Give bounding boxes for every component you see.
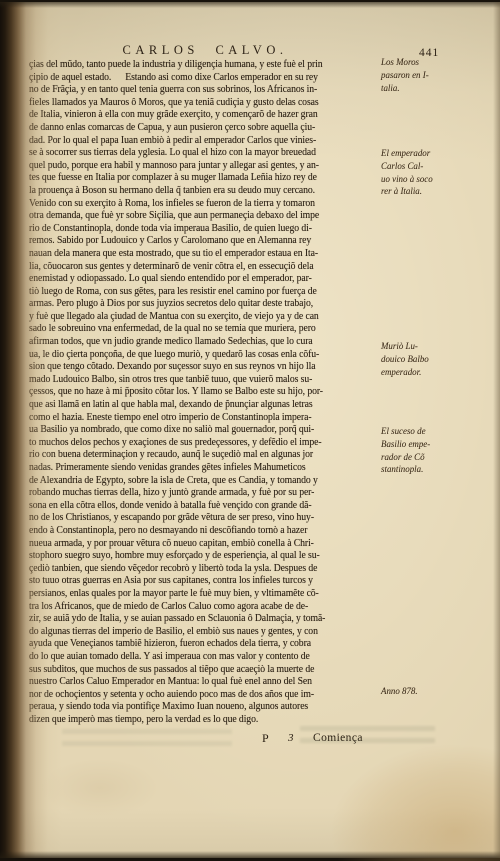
text-line: persianos, enlas quales por la mayor par… [29,587,380,600]
text-line: tra los Africanos, que de miedo de Carlo… [29,600,380,613]
text-line: como el hazia. Eneste tiempo enel otro i… [29,411,380,424]
text-line: quel pudo, porque era habil y mannoso pa… [29,159,380,172]
text-line: lia, cõuocaron sus gentes y determinarõ … [29,260,380,273]
text-line: rio de Constantinopla, donde toda via im… [29,222,380,235]
text-line: çipio de aquel estado. Estando asi como … [29,71,380,84]
text-line: otra demanda, que fuè yr sobre Siçilia, … [29,209,380,222]
text-line: no de Frãçia, y en tanto quel tenia guer… [29,83,380,96]
text-line: dizen que imperò mas tiempo, pero la ver… [29,713,380,726]
text-line: nor de ochoçientos y setenta y ocho auie… [29,688,380,701]
text-line: y fuè que llegado ala çiudad de Mantua c… [29,310,380,323]
text-line: no de los Christianos, y escapando por g… [29,511,380,524]
text-line: nueua armada, y por prouar vẽtura cõ nue… [29,537,380,550]
text-line: sus subditos, que muchos de sus passados… [29,663,380,676]
text-line: enemistad y odiopassado. Lo qual siendo … [29,272,380,285]
text-line: mado Ludouico Balbo, sin otros tres que … [29,373,380,386]
text-line: çediò tanbien, que siendo vẽçedor recobr… [29,562,380,575]
margin-note-anno: Anno 878. [381,686,481,699]
margin-note-murio-ludovico: Muriò Lu- douico Balbo emperador. [381,341,481,379]
main-text-block: çias del mũdo, tanto puede la industria … [29,58,380,730]
margin-note-basilio: El suceso de Basilio empe- rador de Cõ s… [381,426,481,477]
text-line: to muchos delos pechos y exaçiones de su… [29,436,380,449]
text-line: çessos, que no haze à mi p̃posito cõtar … [29,385,380,398]
text-line: la prouença à Boson su hermano della q̃ … [29,184,380,197]
text-line: endo à Constantinopla, pero no desmayand… [29,524,380,537]
margin-note-emperador: El emperador Carlos Cal- uo vino à soco … [381,148,481,199]
text-line: nauan dela manera que esta mostrado, que… [29,247,380,260]
text-line: sado le sobreuino vna enfermedad, de la … [29,322,380,335]
text-line: tes que fuesse en Italia por complazer à… [29,171,380,184]
text-line: sto tuuo otras guerras en Asia por sus c… [29,574,380,587]
text-line: de danno enlas comarcas de Capua, y aun … [29,121,380,134]
margin-note-moros: Los Moros pasaron en I- talia. [381,57,481,95]
text-line: remos. Sabido por Ludouico y Carlos y Ca… [29,234,380,247]
text-line: de Italia, vinieron à ella con muy grãde… [29,108,380,121]
text-line: que asi llamã en latin al que habla mal,… [29,398,380,411]
text-line: rio con buena determinaçion y recaudo, a… [29,448,380,461]
text-line: peraua, y siendo toda via pontifiçe Maxi… [29,700,380,713]
text-line: dad. Por lo qual el papa Iuan embiò à pe… [29,134,380,147]
text-line: zir, se auiã ydo de Italia, y se auian p… [29,612,380,625]
paper-stain [322,738,500,861]
text-line: tiò luego de Roma, con sus gẽtes, para l… [29,285,380,298]
signature-number: 3 [288,732,294,744]
text-line: ua Basilio ya nombrado, que como dixe no… [29,423,380,436]
page-edge-bottom [0,851,500,858]
text-line: çias del mũdo, tanto puede la industria … [29,58,380,71]
text-line: stophoro suegro suyo, hombre muy esforça… [29,549,380,562]
text-line: de Alexandria de Egypto, sobre la isla d… [29,474,380,487]
text-line: do algunas tierras del imperio de Basili… [29,625,380,638]
signature-mark: P [262,731,269,746]
binding-gutter-shadow [0,2,62,858]
text-line: armas. Pero plugo à Dios por sus juyzios… [29,297,380,310]
text-line: ua, le dio çierta ponçoña, de que luego … [29,348,380,361]
text-line: do lo que auian tomado della. Y asi impe… [29,650,380,663]
book-page-scan: CARLOS CALVO. 441 çias del mũdo, tanto p… [0,0,500,861]
text-line: robando muchas tierras della, hizo y jun… [29,486,380,499]
text-line: sona en ella cõtra ellos, donde venido à… [29,499,380,512]
page-edge-right [493,2,500,858]
paper-page: CARLOS CALVO. 441 çias del mũdo, tanto p… [0,2,500,858]
text-line: Venido con su exerçito à Roma, los infie… [29,197,380,210]
text-line: fieles llamados ya Mauros ô Moros, que y… [29,96,380,109]
text-line: se à socorrer sus tierras dela yglesia. … [29,146,380,159]
text-line: afirman todos, que vn judio grande medic… [29,335,380,348]
text-line: nuestro Carlos Caluo Emperador en Mantua… [29,675,380,688]
text-line: ayuda que Veneçianos tambiẽ hizieron, fu… [29,637,380,650]
text-line: nadas. Primeramente siendo venidas grand… [29,461,380,474]
page-title: CARLOS CALVO. [30,43,380,58]
text-line: sion que tengo cõtado. Dexando por suçes… [29,360,380,373]
page-edge-top [0,2,500,8]
